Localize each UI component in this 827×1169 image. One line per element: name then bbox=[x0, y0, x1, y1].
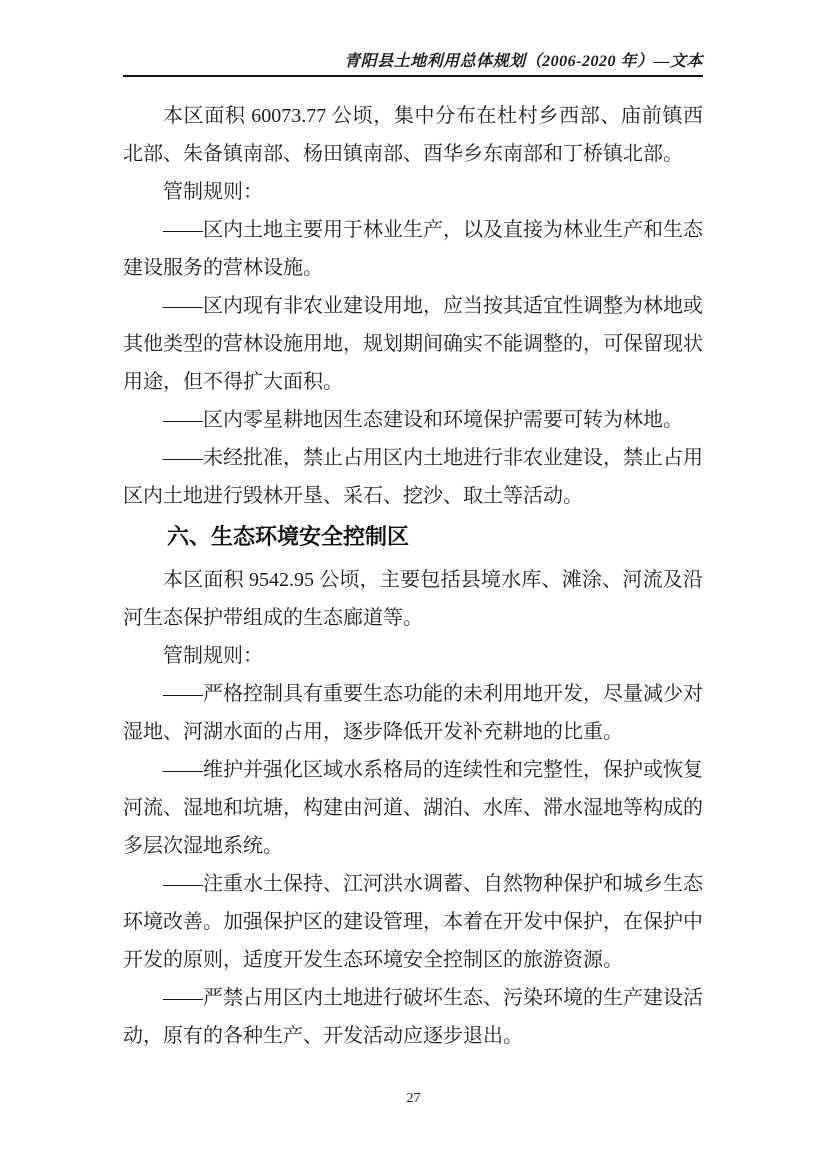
paragraph: ——严格控制具有重要生态功能的未利用地开发，尽量减少对湿地、河湖水面的占用，逐步… bbox=[123, 675, 703, 751]
running-header-title: 青阳县土地利用总体规划（2006-2020 年）—文本 bbox=[123, 48, 703, 75]
paragraph: ——注重水土保持、江河洪水调蓄、自然物种保护和城乡生态环境改善。加强保护区的建设… bbox=[123, 865, 703, 979]
document-body: 本区面积 60073.77 公顷，集中分布在杜村乡西部、庙前镇西北部、朱备镇南部… bbox=[123, 97, 703, 1055]
paragraph: ——严禁占用区内土地进行破坏生态、污染环境的生产建设活动，原有的各种生产、开发活… bbox=[123, 979, 703, 1055]
section-heading: 六、生态环境安全控制区 bbox=[123, 522, 703, 552]
header-rule bbox=[123, 75, 703, 77]
page-footer: 27 bbox=[0, 1091, 827, 1107]
paragraph: 管制规则： bbox=[123, 637, 703, 675]
paragraph: ——区内土地主要用于林业生产，以及直接为林业生产和生态建设服务的营林设施。 bbox=[123, 211, 703, 287]
paragraph: ——未经批准，禁止占用区内土地进行非农业建设，禁止占用区内土地进行毁林开垦、采石… bbox=[123, 439, 703, 515]
paragraph: ——维护并强化区域水系格局的连续性和完整性，保护或恢复河流、湿地和坑塘，构建由河… bbox=[123, 751, 703, 865]
running-header: 青阳县土地利用总体规划（2006-2020 年）—文本 bbox=[123, 48, 703, 77]
paragraph: 管制规则： bbox=[123, 173, 703, 211]
paragraph: 本区面积 60073.77 公顷，集中分布在杜村乡西部、庙前镇西北部、朱备镇南部… bbox=[123, 97, 703, 173]
paragraph: ——区内零星耕地因生态建设和环境保护需要可转为林地。 bbox=[123, 401, 703, 439]
paragraph: ——区内现有非农业建设用地，应当按其适宜性调整为林地或其他类型的营林设施用地，规… bbox=[123, 287, 703, 401]
paragraph: 本区面积 9542.95 公顷，主要包括县境水库、滩涂、河流及沿河生态保护带组成… bbox=[123, 561, 703, 637]
document-page: 青阳县土地利用总体规划（2006-2020 年）—文本 本区面积 60073.7… bbox=[0, 0, 827, 1169]
page-number: 27 bbox=[407, 1091, 421, 1106]
